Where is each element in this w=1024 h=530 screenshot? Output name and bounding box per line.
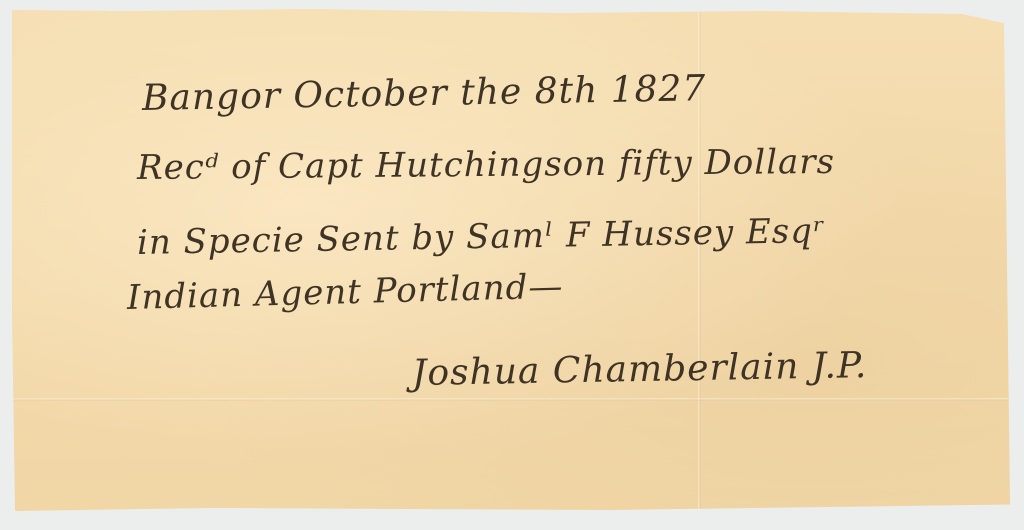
receipt-paper: Bangor October the 8th 1827 Recᵈ of Capt… <box>12 8 1012 512</box>
received-of-line: Recᵈ of Capt Hutchingson fifty Dollars <box>137 142 835 188</box>
fold-crease-horizontal <box>12 398 1012 401</box>
place-date-line: Bangor October the 8th 1827 <box>142 68 707 119</box>
specie-sent-by-line: in Specie Sent by Samˡ F Hussey Esqʳ <box>137 211 826 263</box>
indian-agent-line: Indian Agent Portland— <box>126 267 563 318</box>
signature: Joshua Chamberlain J.P. <box>412 345 868 394</box>
